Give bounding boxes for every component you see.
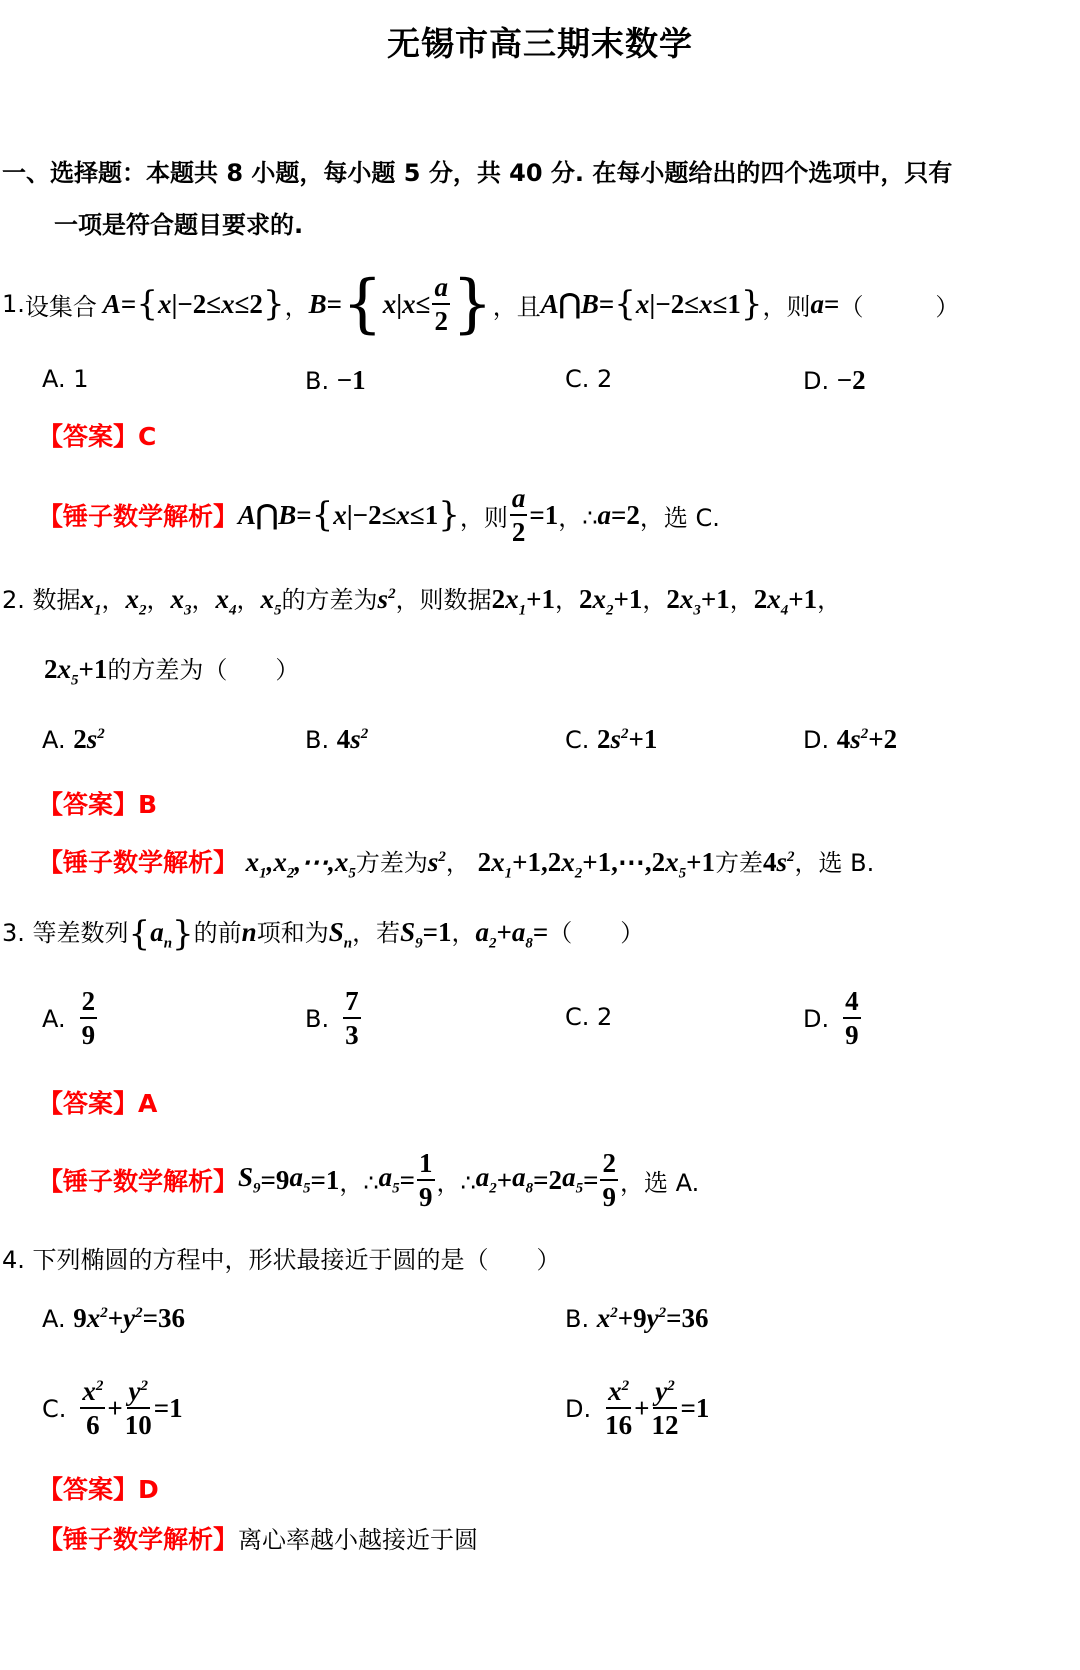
- question-1-option-c[interactable]: C. 2: [565, 365, 612, 393]
- question-4-option-a[interactable]: A. 9x2+y2=36: [42, 1303, 185, 1334]
- question-1-option-d[interactable]: D. −2: [803, 365, 866, 396]
- stem-text: ，且: [493, 287, 541, 322]
- question-3-option-c[interactable]: C. 2: [565, 1003, 612, 1031]
- section-heading-line2: 一项是符合题目要求的.: [54, 205, 303, 240]
- question-2-option-a[interactable]: A. 2s2: [42, 724, 105, 755]
- question-2-analysis: 【锤子数学解析】 x1,x2,⋯,x5方差为s2， 2x1+1,2x2+1,⋯,…: [38, 843, 874, 882]
- question-4-option-d[interactable]: D.x216+y212=1: [565, 1378, 709, 1439]
- question-4-option-b[interactable]: B. x2+9y2=36: [565, 1303, 709, 1334]
- question-1-option-a[interactable]: A. 1: [42, 365, 89, 393]
- section-heading-line1: 一、选择题：本题共 8 小题，每小题 5 分，共 40 分. 在每小题给出的四个…: [2, 153, 952, 188]
- analysis-label: 【锤子数学解析】: [38, 1525, 238, 1554]
- question-2-option-d[interactable]: D. 4s2+2: [803, 724, 897, 755]
- question-1-answer: 【答案】C: [38, 417, 156, 453]
- question-2-option-c[interactable]: C. 2s2+1: [565, 724, 657, 755]
- question-3-option-b[interactable]: B.73: [305, 988, 363, 1049]
- answer-blank: （ ）: [839, 287, 959, 322]
- page-title: 无锡市高三期末数学: [0, 18, 1080, 65]
- question-4-option-c[interactable]: C.x26+y210=1: [42, 1378, 183, 1439]
- question-4-answer: 【答案】D: [38, 1470, 159, 1506]
- analysis-label: 【锤子数学解析】: [38, 497, 238, 533]
- question-3-stem: 3. 等差数列{an}的前n项和为Sn，若S9=1，a2+a8=（ ）: [2, 913, 644, 954]
- question-number: 1.: [2, 290, 25, 318]
- question-3-option-d[interactable]: D.49: [803, 988, 863, 1049]
- question-2-stem-line1: 2. 数据x1，x2，x3，x4，x5的方差为s2，则数据2x1+1，2x2+1…: [2, 580, 841, 619]
- question-1-option-b[interactable]: B. −1: [305, 365, 366, 396]
- question-2-answer: 【答案】B: [38, 785, 157, 821]
- question-2-stem-line2: 2x5+1的方差为（ ）: [44, 650, 299, 689]
- stem-text: 设集合: [25, 287, 97, 322]
- stem-text: ，则: [763, 287, 811, 322]
- analysis-label: 【锤子数学解析】: [38, 1162, 238, 1198]
- question-1-stem: 1. 设集合 A={x|−2≤x≤2}， B={x|x≤a2} ，且 A⋂B={…: [2, 270, 959, 338]
- question-3-analysis: 【锤子数学解析】 S9=9a5=1，∴a5=19，∴a2+a8=2a5=29，选…: [38, 1150, 699, 1210]
- analysis-label: 【锤子数学解析】: [38, 848, 238, 877]
- question-3-answer: 【答案】A: [38, 1084, 157, 1120]
- question-4-analysis: 【锤子数学解析】离心率越小越接近于圆: [38, 1520, 478, 1556]
- question-4-stem: 4. 下列椭圆的方程中，形状最接近于圆的是（ ）: [2, 1240, 561, 1275]
- question-2-option-b[interactable]: B. 4s2: [305, 724, 368, 755]
- question-3-option-a[interactable]: A.29: [42, 988, 99, 1049]
- question-1-analysis: 【锤子数学解析】 A⋂B={x|−2≤x≤1} ，则 a2=1，∴a=2，选 C…: [38, 485, 720, 545]
